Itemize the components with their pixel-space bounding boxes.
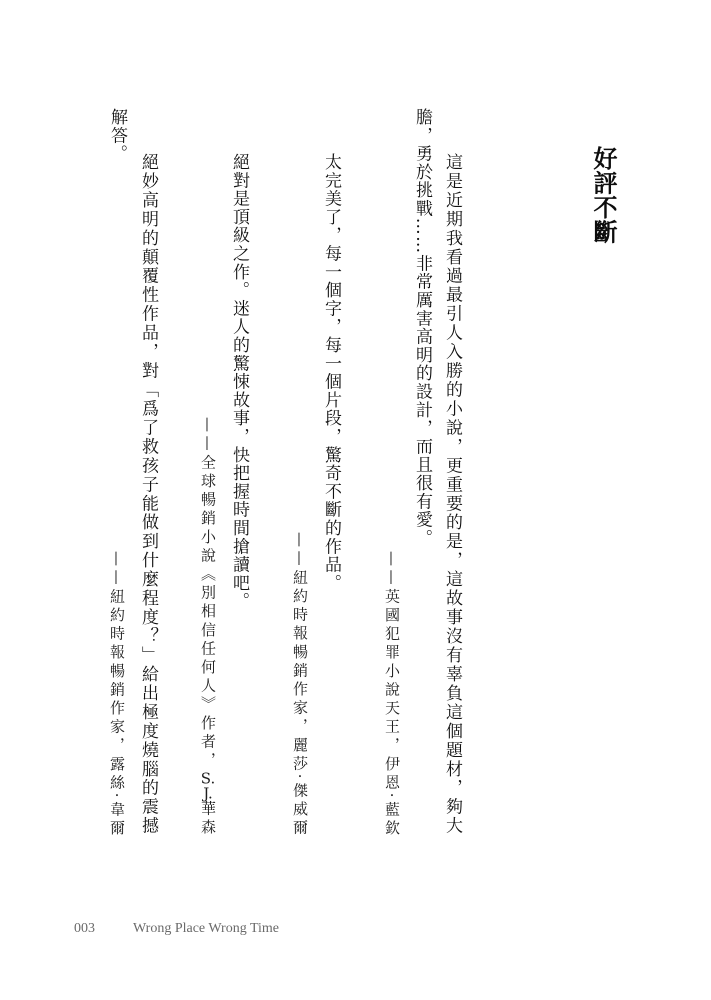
review-4-line-1: 絕妙高明的顛覆性作品，對「爲了救孩子能做到什麼程度？」給出極度燒腦的震撼 [137,153,159,835]
author-surname: 華森 [199,801,217,838]
review-1-line-1: 這是近期我看過最引人入勝的小說，更重要的是，這故事沒有辜負這個題材，夠大 [441,153,463,835]
review-3-line-1: 絕對是頂級之作。迷人的驚悚故事，快把握時間搶讀吧。 [228,153,250,611]
attribution-text: ——紐約時報暢銷作家，露絲·韋爾 [108,551,126,838]
review-4-attribution: ——紐約時報暢銷作家，露絲·韋爾 [106,420,128,838]
review-1-attribution: ——英國犯罪小說天王，伊恩·藍欽 [381,105,403,838]
review-2-line-1: 太完美了，每一個字，每一個片段，驚奇不斷的作品。 [320,153,342,592]
review-4-line-2: 解答。 [106,108,128,163]
author-initial-j: J. [199,786,217,801]
review-3-attribution: ——全球暢銷小說《別相信任何人》作者，S.J.華森 [197,105,219,838]
attribution-text: ——全球暢銷小說《別相信任何人》作者， [199,417,217,770]
review-2-attribution: ——紐約時報暢銷作家，麗莎·傑威爾 [289,105,311,838]
page-title: 好評不斷 [589,146,617,244]
page-number: 003 [74,921,95,937]
review-1-line-2: 膽，勇於挑戰……非常厲害高明的設計，而且很有愛。 [411,108,433,547]
attribution-text: ——英國犯罪小說天王，伊恩·藍欽 [383,551,401,838]
running-title: Wrong Place Wrong Time [133,921,279,937]
attribution-text: ——紐約時報暢銷作家，麗莎·傑威爾 [291,532,309,838]
author-initial-s: S. [199,771,217,786]
page-footer: 003 Wrong Place Wrong Time [0,921,711,941]
book-page: 好評不斷 這是近期我看過最引人入勝的小說，更重要的是，這故事沒有辜負這個題材，夠… [0,0,711,1000]
